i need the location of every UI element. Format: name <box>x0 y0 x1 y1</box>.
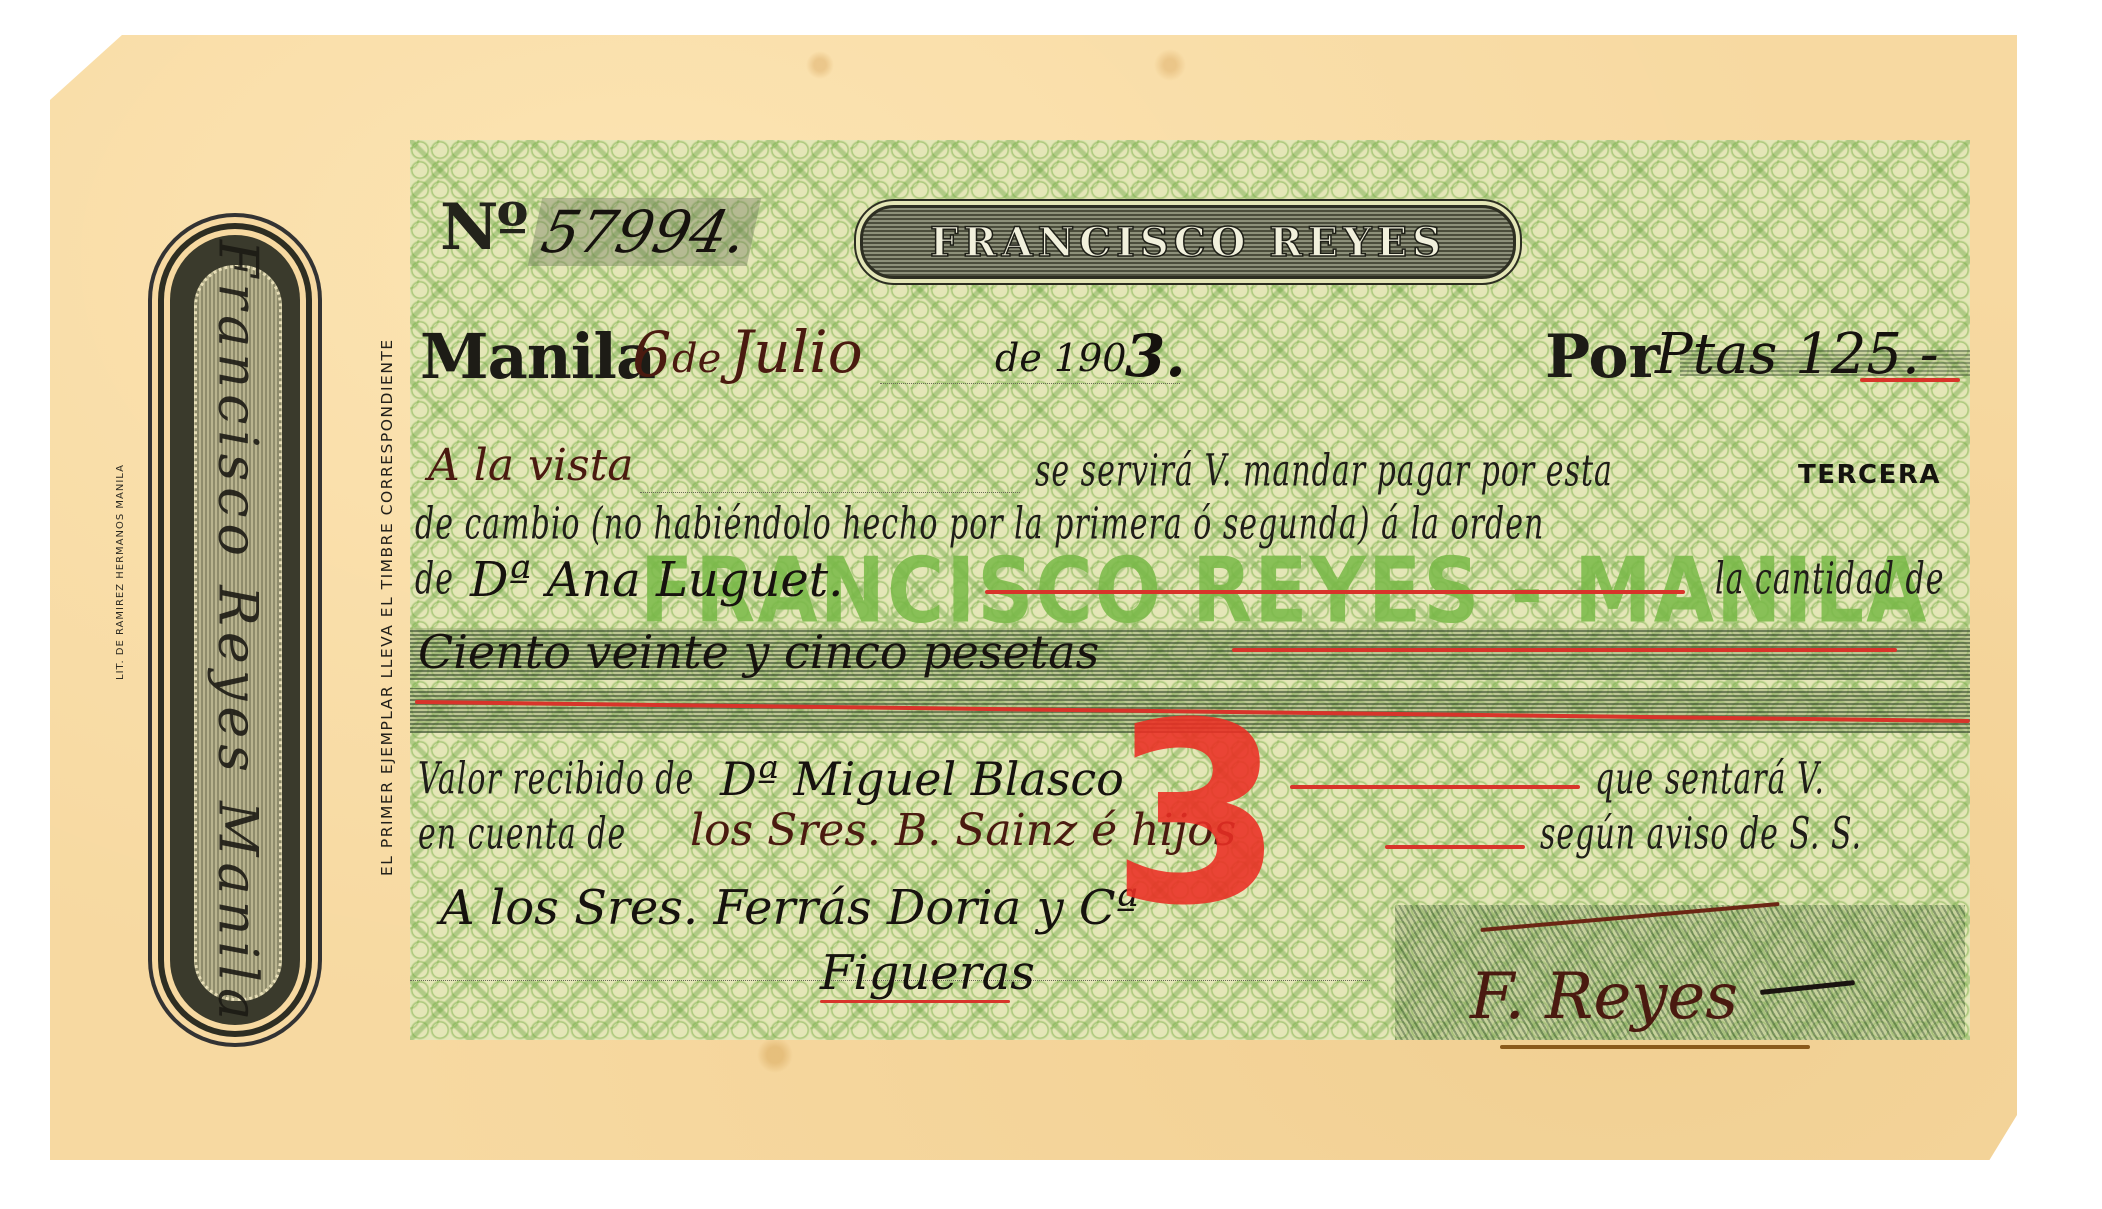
line5-text: Valor recibido de <box>418 754 694 805</box>
date-year-prefix: de 190 <box>995 336 1126 380</box>
drawee-city-underline <box>820 1000 1010 1003</box>
stub-ornament: Francisco Reyes Manila <box>160 220 310 1040</box>
stub-script: Francisco Reyes Manila <box>207 240 270 1026</box>
printer-imprint: LIT. DE RAMIREZ HERMANOS MANILA <box>115 464 126 680</box>
value-from: Dª Miguel Blasco <box>720 752 1124 806</box>
date-month: Julio <box>730 318 863 386</box>
account-strike <box>1385 845 1525 849</box>
line3-end: la cantidad de <box>1715 554 1944 605</box>
cheque-number: 57994. <box>528 198 761 266</box>
line1-dotline <box>640 492 1020 493</box>
number-label: Nº <box>440 190 527 265</box>
amount-words-strike <box>1232 648 1897 652</box>
issuer-name: FRANCISCO REYES <box>930 219 1446 266</box>
payee-name: Dª Ana Luguet. <box>470 552 843 608</box>
date-day: 6 <box>632 318 671 391</box>
line3-de: de <box>415 554 454 605</box>
copy-label: TERCERA <box>1798 460 1941 490</box>
line6-text: en cuenta de <box>418 809 626 860</box>
date-year-suffix: 3. <box>1125 322 1186 390</box>
stamp-note: EL PRIMER EJEMPLAR LLEVA EL TIMBRE CORRE… <box>378 338 396 876</box>
date-de: de <box>672 336 721 382</box>
stub-inner-panel: Francisco Reyes Manila <box>194 265 282 1001</box>
signature: F. Reyes <box>1470 960 1738 1034</box>
line1-text: se servirá V. mandar pagar por esta <box>1035 446 1613 497</box>
line2-text: de cambio (no habiéndolo hecho por la pr… <box>415 499 1544 550</box>
line6-end: según aviso de S. S. <box>1540 809 1862 860</box>
payee-strike <box>985 590 1685 594</box>
amount-strike <box>1860 378 1960 382</box>
value-from-strike <box>1290 785 1580 789</box>
copy-numeral: 3 <box>1110 690 1284 940</box>
stub-frame: Francisco Reyes Manila <box>170 235 300 1025</box>
signature-underline <box>1500 1045 1810 1049</box>
amount-label: Por <box>1545 322 1660 392</box>
drawee-city: Figueras <box>820 945 1035 1001</box>
payment-term: A la vista <box>428 440 633 491</box>
place-label: Manila <box>420 320 655 393</box>
amount-words: Ciento veinte y cinco pesetas <box>418 625 1099 679</box>
issuer-banner: FRANCISCO REYES <box>860 205 1516 279</box>
drawee-name: A los Sres. Ferrás Doria y Cª <box>440 880 1138 936</box>
line5-end: que sentará V. <box>1595 754 1825 805</box>
